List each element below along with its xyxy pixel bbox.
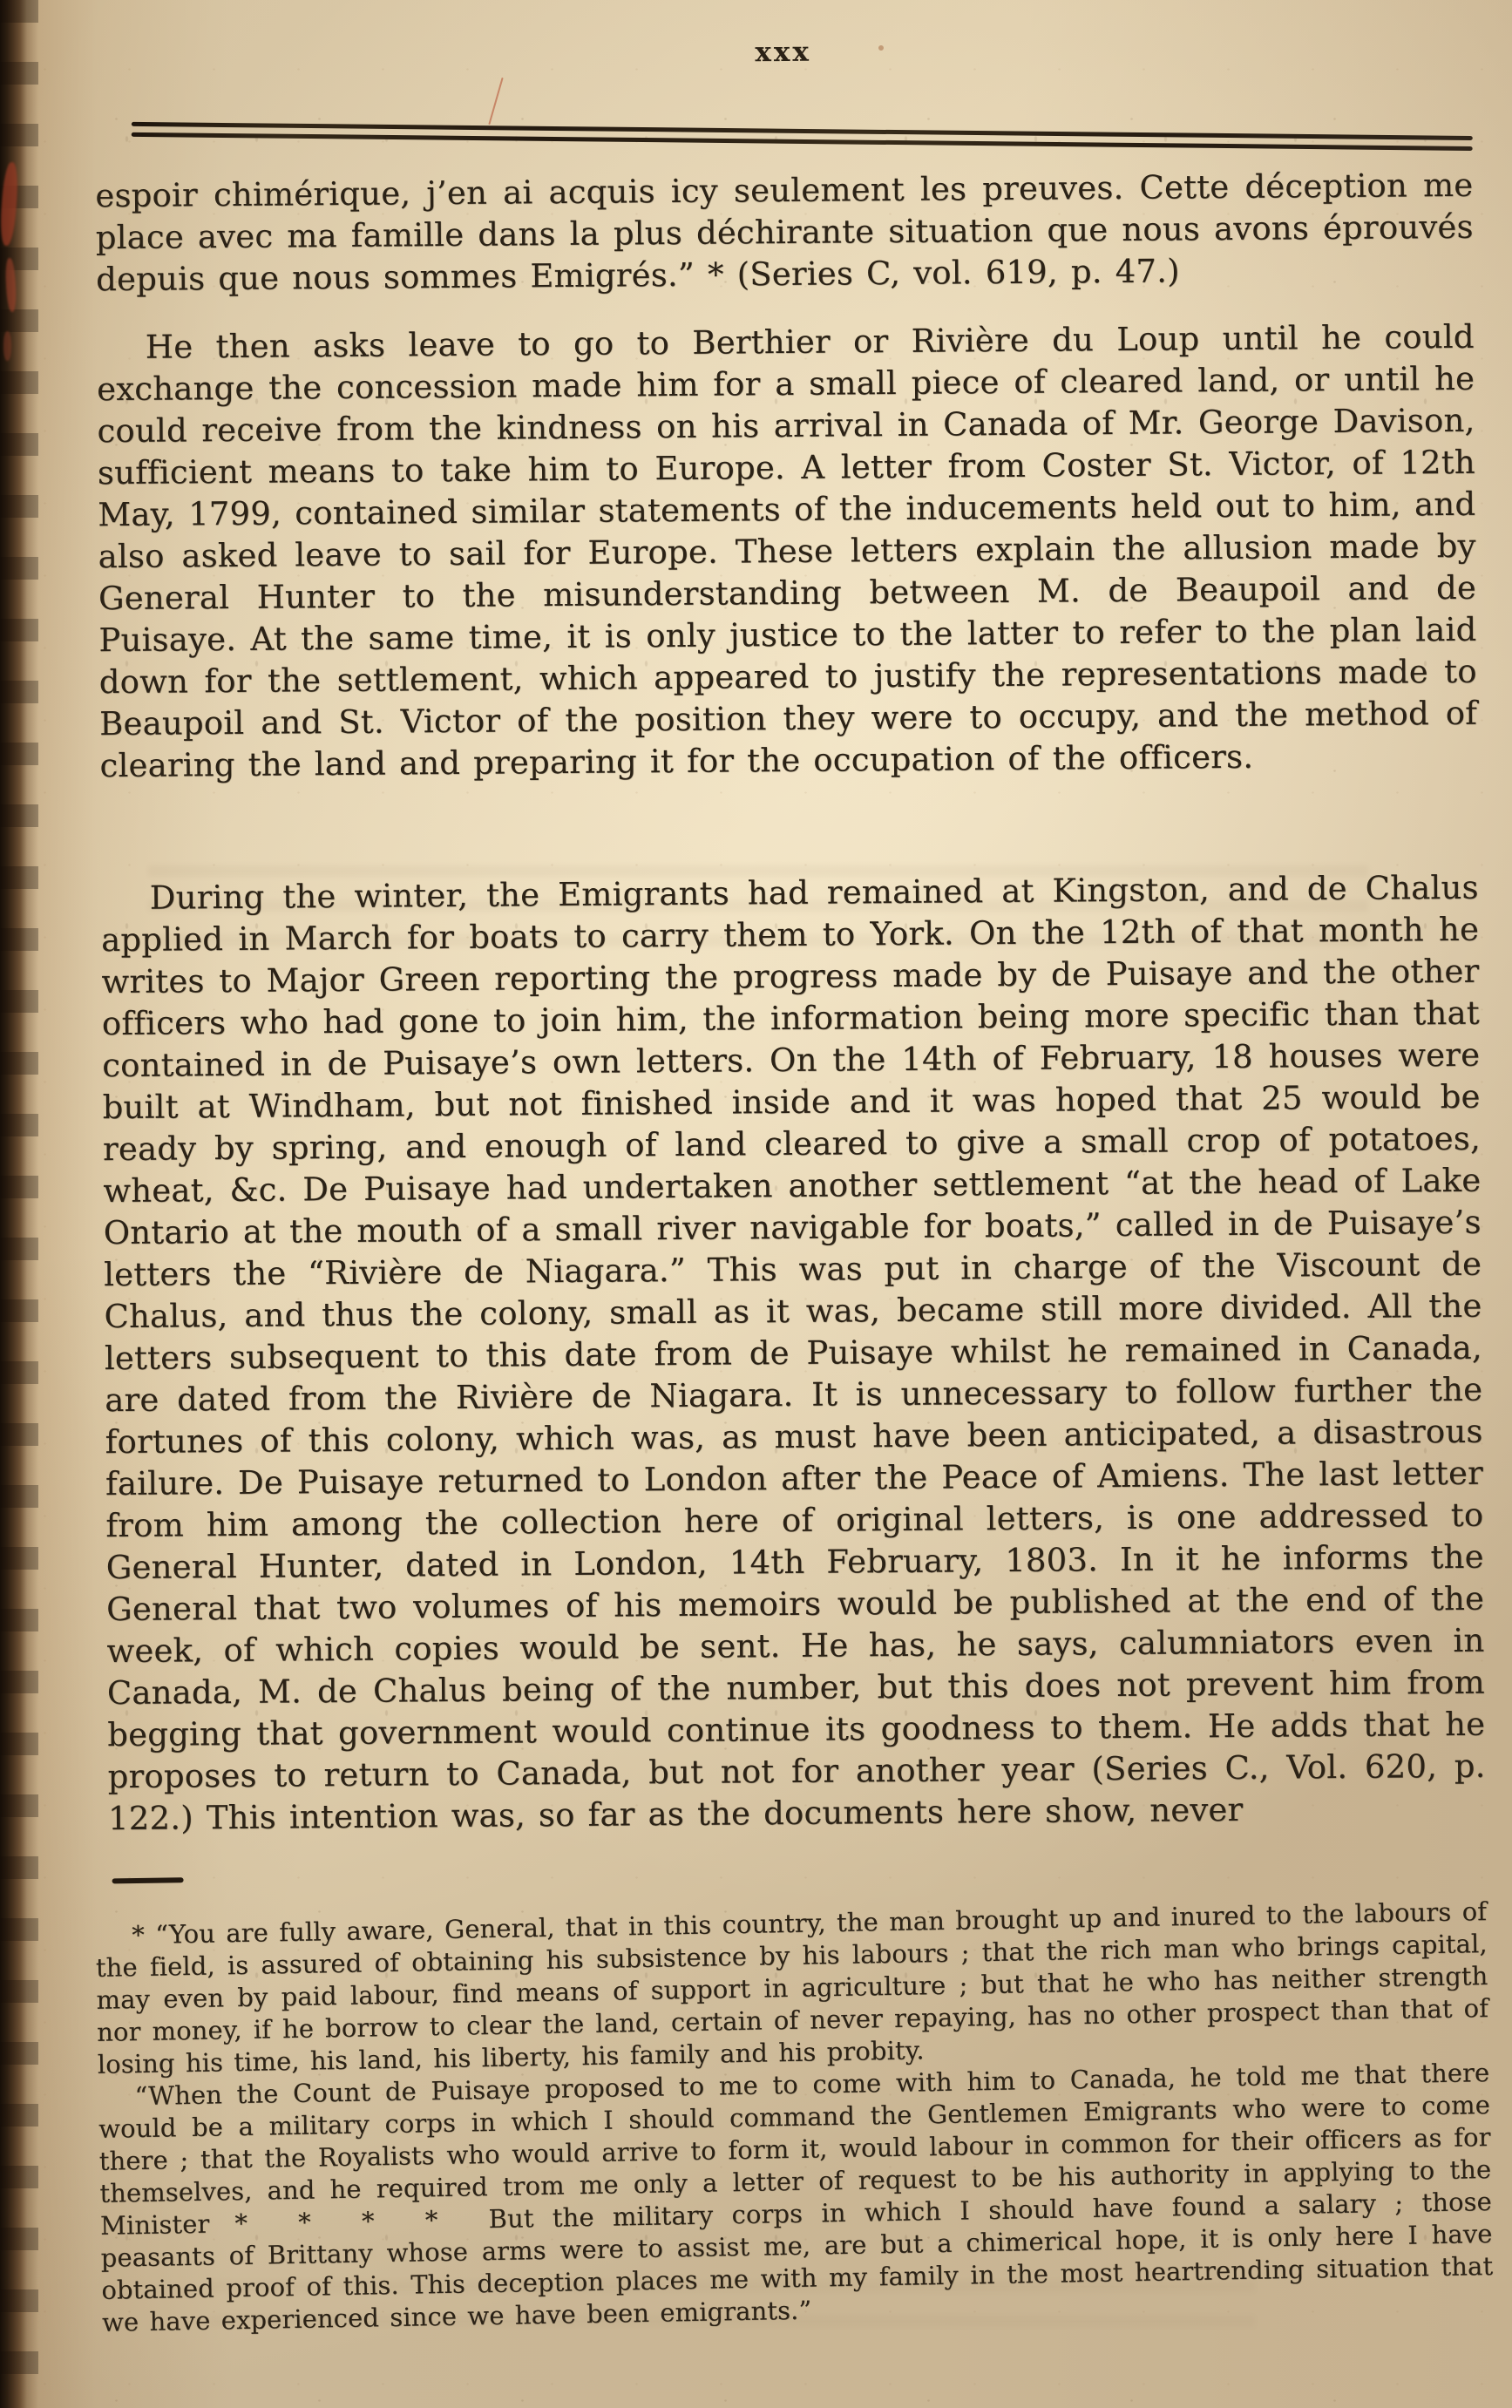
page-number-roman: xxx — [94, 31, 1472, 73]
paragraph-winter-settlement: During the winter, the Emigrants had rem… — [101, 867, 1487, 1840]
footnote-separator-rule — [112, 1877, 184, 1883]
paragraph-french-quote: espoir chimérique, j’en ai acquis icy se… — [95, 165, 1474, 301]
paragraph-berthier-request: He then asks leave to go to Berthier or … — [97, 316, 1478, 787]
page-content: xxx espoir chimérique, j’en ai acquis ic… — [94, 31, 1490, 2332]
footnote-block: * “You are fully aware, General, that in… — [95, 1896, 1494, 2339]
page-binding-edge — [0, 0, 38, 2408]
header-double-rule — [132, 122, 1473, 151]
scanned-book-page: xxx espoir chimérique, j’en ai acquis ic… — [0, 0, 1512, 2408]
footnote-paragraph-2: “When the Count de Puisaye proposed to m… — [98, 2057, 1494, 2339]
footnote-paragraph-1: * “You are fully aware, General, that in… — [95, 1896, 1489, 2081]
